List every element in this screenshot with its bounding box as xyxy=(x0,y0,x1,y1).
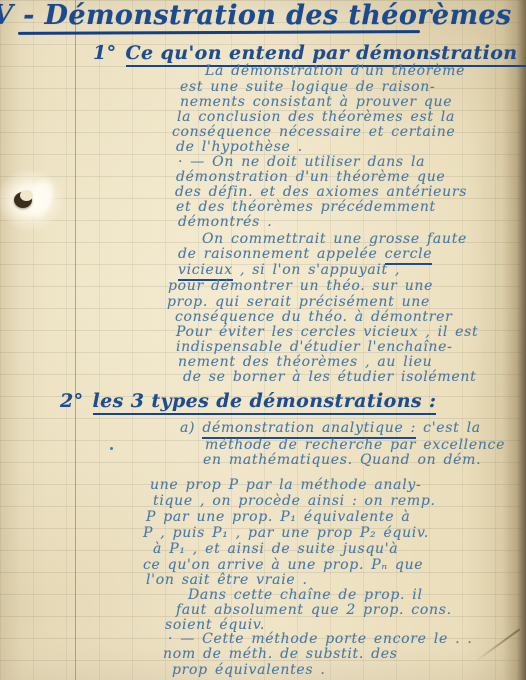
handwritten-line: tique , on procède ainsi : on remp. xyxy=(153,493,436,509)
handwritten-line: P , puis P₁ , par une prop P₂ équiv. xyxy=(143,525,429,541)
handwritten-line: en mathématiques. Quand on dém. xyxy=(203,452,481,468)
handwritten-line: et des théorèmes précédemment xyxy=(176,199,436,215)
handwritten-line: prop équivalentes . xyxy=(172,662,326,678)
handwritten-line: faut absolument que 2 prop. cons. xyxy=(176,602,452,618)
handwritten-line: a) démonstration analytique : c'est la xyxy=(180,420,481,436)
ink-dot xyxy=(110,447,113,450)
handwritten-line: indispensable d'étudier l'enchaîne- xyxy=(176,339,453,355)
handwritten-line: P par une prop. P₁ équivalente à xyxy=(146,509,410,525)
punch-hole-center xyxy=(20,190,33,201)
punch-hole xyxy=(0,170,64,230)
handwritten-line: nement des théorèmes , au lieu xyxy=(178,354,432,370)
handwritten-line: de se borner à les étudier isolément xyxy=(183,369,476,385)
handwritten-line: est une suite logique de raison- xyxy=(180,79,435,95)
handwritten-line: On commettrait une grosse faute xyxy=(202,231,467,247)
handwritten-line: méthode de recherche par excellence xyxy=(205,437,505,453)
handwritten-line: La démonstration d'un théorème xyxy=(205,63,465,79)
handwritten-line: Pour éviter les cercles vicieux , il est xyxy=(176,324,478,340)
section-heading-2: 2°les 3 types de démonstrations : xyxy=(60,390,436,412)
title-underline xyxy=(18,30,420,35)
handwritten-line: des défin. et des axiomes antérieurs xyxy=(175,184,467,200)
notebook-page: V - Démonstration des théorèmes 1°Ce qu'… xyxy=(0,0,526,680)
section-heading-text: les 3 types de démonstrations : xyxy=(93,390,437,415)
handwritten-line: démontrés . xyxy=(178,214,272,230)
handwritten-line: à P₁ , et ainsi de suite jusqu'à xyxy=(153,541,398,557)
section-number: 2° xyxy=(60,390,84,412)
handwritten-line: de raisonnement appelée cercle xyxy=(178,246,432,262)
handwritten-line: ce qu'on arrive à une prop. Pₙ que xyxy=(143,557,423,573)
margin-rule xyxy=(75,0,76,680)
handwritten-line: de l'hypothèse . xyxy=(176,139,303,155)
handwritten-line: conséquence nécessaire et certaine xyxy=(172,124,455,140)
pencil-mark xyxy=(475,628,520,661)
handwritten-line: l'on sait être vraie . xyxy=(146,572,308,588)
page-title: V - Démonstration des théorèmes xyxy=(0,0,512,31)
handwritten-line: nements consistant à prouver que xyxy=(180,94,452,110)
section-heading-1: 1°Ce qu'on entend par démonstration : xyxy=(93,42,526,64)
section-number: 1° xyxy=(93,42,117,64)
handwritten-line: vicieux , si l'on s'appuyait , xyxy=(178,262,400,278)
handwritten-line: la conclusion des théorèmes est la xyxy=(177,109,455,125)
handwritten-line: · — On ne doit utiliser dans la xyxy=(178,154,425,170)
handwritten-line: pour démontrer un théo. sur une xyxy=(168,278,433,294)
handwritten-line: conséquence du théo. à démontrer xyxy=(175,309,453,325)
handwritten-line: démonstration d'un théorème que xyxy=(176,169,445,185)
handwritten-line: Dans cette chaîne de prop. il xyxy=(188,587,423,603)
handwritten-line: prop. qui serait précisément une xyxy=(167,294,430,310)
handwritten-line: une prop P par la méthode analy- xyxy=(150,477,421,493)
handwritten-line: · — Cette méthode porte encore le . . xyxy=(168,631,473,647)
handwritten-line: nom de méth. de substit. des xyxy=(163,646,398,662)
